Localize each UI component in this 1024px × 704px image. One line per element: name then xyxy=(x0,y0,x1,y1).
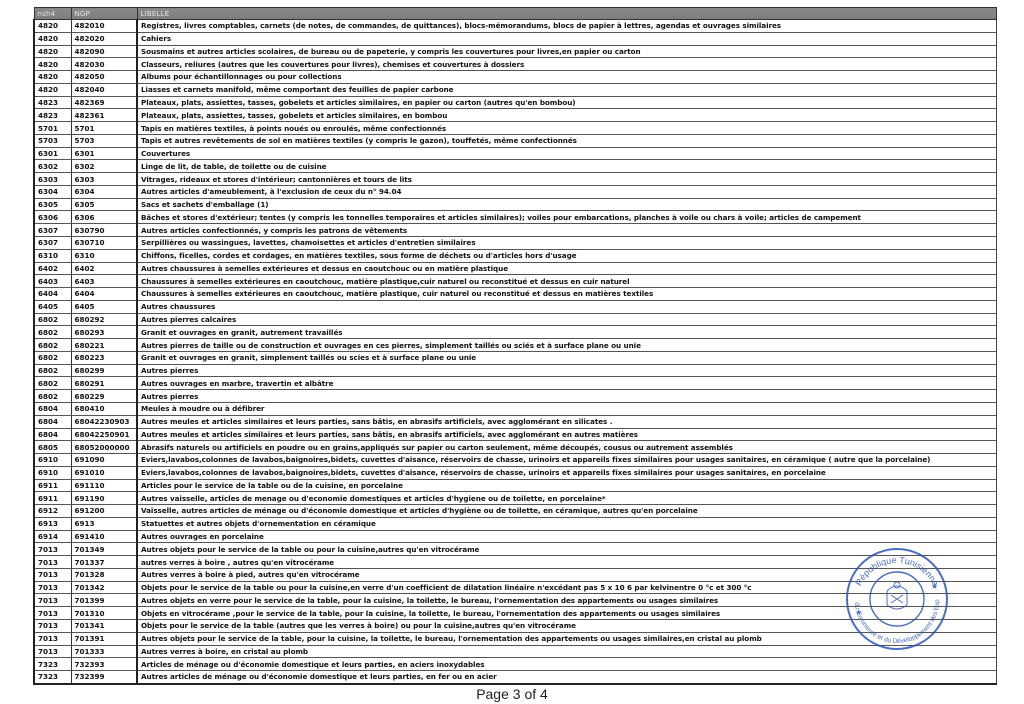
libelle-cell: Eviers,lavabos,colonnes de lavabos,baign… xyxy=(137,454,996,467)
libelle-cell: Meules à moudre ou à défibrer xyxy=(137,402,996,415)
ngp-cell: 6310 xyxy=(71,249,137,262)
libelle-cell: Plateaux, plats, assiettes, tasses, gobe… xyxy=(137,96,996,109)
table-row: 4820482050Albums pour échantillonnages o… xyxy=(34,71,996,84)
table-row: 63026302Linge de lit, de table, de toile… xyxy=(34,160,996,173)
ngp-cell: 6306 xyxy=(71,211,137,224)
libelle-cell: Vitrages, rideaux et stores d'intérieur;… xyxy=(137,173,996,186)
libelle-cell: Autres pierres xyxy=(137,390,996,403)
nsh4-cell: 4820 xyxy=(34,83,71,96)
table-row: 4820482010Registres, livres comptables, … xyxy=(34,20,996,33)
ngp-cell: 701349 xyxy=(71,543,137,556)
ngp-cell: 482369 xyxy=(71,96,137,109)
table-row: 7013701337autres verres à boire , autres… xyxy=(34,556,996,569)
ngp-cell: 732393 xyxy=(71,658,137,671)
libelle-cell: Autres ouvrages en porcelaine xyxy=(137,530,996,543)
nsh4-cell: 6301 xyxy=(34,147,71,160)
table-header-row: nsh4 NGP LIBELLE xyxy=(34,8,996,20)
nsh4-cell: 4820 xyxy=(34,20,71,33)
nsh4-cell: 4820 xyxy=(34,45,71,58)
ngp-cell: 680223 xyxy=(71,351,137,364)
column-header-ngp: NGP xyxy=(71,8,137,20)
libelle-cell: Abrasifs naturels ou artificiels en poud… xyxy=(137,441,996,454)
document-page: nsh4 NGP LIBELLE 4820482010Registres, li… xyxy=(33,7,995,685)
ngp-cell: 482030 xyxy=(71,58,137,71)
table-row: 6307630710Serpillières ou wassingues, la… xyxy=(34,237,996,250)
nsh4-cell: 6404 xyxy=(34,288,71,301)
ngp-cell: 6303 xyxy=(71,173,137,186)
table-row: 57035703Tapis et autres revêtements de s… xyxy=(34,134,996,147)
table-row: 69136913Statuettes et autres objets d'or… xyxy=(34,517,996,530)
ngp-cell: 6404 xyxy=(71,288,137,301)
table-row: 64026402Autres chaussures à semelles ext… xyxy=(34,262,996,275)
ngp-cell: 691110 xyxy=(71,479,137,492)
table-row: 7013701310Objets en vitrocérame ,pour le… xyxy=(34,607,996,620)
table-row: 63046304Autres articles d'ameublement, à… xyxy=(34,185,996,198)
libelle-cell: Plateaux, plats, assiettes, tasses, gobe… xyxy=(137,109,996,122)
libelle-cell: Autres ouvrages en marbre, travertin et … xyxy=(137,377,996,390)
table-row: 6911691110Articles pour le service de la… xyxy=(34,479,996,492)
ngp-cell: 680299 xyxy=(71,364,137,377)
nsh4-cell: 6802 xyxy=(34,339,71,352)
table-row: 4823482361Plateaux, plats, assiettes, ta… xyxy=(34,109,996,122)
nsh4-cell: 7013 xyxy=(34,619,71,632)
nsh4-cell: 6805 xyxy=(34,441,71,454)
libelle-cell: Linge de lit, de table, de toilette ou d… xyxy=(137,160,996,173)
nsh4-cell: 6405 xyxy=(34,300,71,313)
table-row: 4820482030Classeurs, reliures (autres qu… xyxy=(34,58,996,71)
ngp-cell: 482040 xyxy=(71,83,137,96)
libelle-cell: Articles pour le service de la table ou … xyxy=(137,479,996,492)
nsh4-cell: 6804 xyxy=(34,402,71,415)
table-row: 6802680292Autres pierres calcaires xyxy=(34,313,996,326)
nsh4-cell: 6911 xyxy=(34,492,71,505)
libelle-cell: Autres pierres de taille ou de construct… xyxy=(137,339,996,352)
ngp-cell: 680292 xyxy=(71,313,137,326)
libelle-cell: Objets pour le service de la table ou po… xyxy=(137,581,996,594)
ngp-cell: 701342 xyxy=(71,581,137,594)
libelle-cell: Objets en vitrocérame ,pour le service d… xyxy=(137,607,996,620)
ngp-cell: 701341 xyxy=(71,619,137,632)
ngp-cell: 630790 xyxy=(71,224,137,237)
libelle-cell: Statuettes et autres objets d'ornementat… xyxy=(137,517,996,530)
table-row: 63016301Couvertures xyxy=(34,147,996,160)
ngp-cell: 701328 xyxy=(71,568,137,581)
nsh4-cell: 6912 xyxy=(34,505,71,518)
nsh4-cell: 6306 xyxy=(34,211,71,224)
libelle-cell: Eviers,lavabos,colonnes de lavabos,baign… xyxy=(137,466,996,479)
ngp-cell: 5703 xyxy=(71,134,137,147)
libelle-cell: Autres chaussures à semelles extérieures… xyxy=(137,262,996,275)
ngp-cell: 6302 xyxy=(71,160,137,173)
nsh4-cell: 6804 xyxy=(34,428,71,441)
ngp-cell: 6301 xyxy=(71,147,137,160)
ngp-cell: 482050 xyxy=(71,71,137,84)
libelle-cell: Albums pour échantillonnages ou pour col… xyxy=(137,71,996,84)
table-row: 680568052000000 Abrasifs naturels ou art… xyxy=(34,441,996,454)
ngp-cell: 680229 xyxy=(71,390,137,403)
nsh4-cell: 7013 xyxy=(34,543,71,556)
table-row: 7013701391Autres objets pour le service … xyxy=(34,632,996,645)
libelle-cell: Serpillières ou wassingues, lavettes, ch… xyxy=(137,237,996,250)
table-row: 4823482369Plateaux, plats, assiettes, ta… xyxy=(34,96,996,109)
table-row: 6802680221Autres pierres de taille ou de… xyxy=(34,339,996,352)
nsh4-cell: 5701 xyxy=(34,122,71,135)
libelle-cell: Tapis en matières textiles, à points nou… xyxy=(137,122,996,135)
table-row: 4820482090Sousmains et autres articles s… xyxy=(34,45,996,58)
libelle-cell: Autres meules et articles similaires et … xyxy=(137,415,996,428)
table-row: 6802680293Granit et ouvrages en granit, … xyxy=(34,326,996,339)
nsh4-cell: 6302 xyxy=(34,160,71,173)
table-row: 6914691410Autres ouvrages en porcelaine xyxy=(34,530,996,543)
ngp-cell: 6403 xyxy=(71,275,137,288)
nsh4-cell: 6914 xyxy=(34,530,71,543)
ngp-cell: 701337 xyxy=(71,556,137,569)
nsh4-cell: 7323 xyxy=(34,671,71,684)
libelle-cell: Autres verres à boire à pied, autres qu'… xyxy=(137,568,996,581)
libelle-cell: Autres articles confectionnés, y compris… xyxy=(137,224,996,237)
ngp-cell: 701333 xyxy=(71,645,137,658)
nsh4-cell: 6913 xyxy=(34,517,71,530)
table-row: 7013701328Autres verres à boire à pied, … xyxy=(34,568,996,581)
nsh4-cell: 6910 xyxy=(34,454,71,467)
nsh4-cell: 6304 xyxy=(34,185,71,198)
nsh4-cell: 7323 xyxy=(34,658,71,671)
nsh4-cell: 7013 xyxy=(34,607,71,620)
column-header-libelle: LIBELLE xyxy=(137,8,996,20)
nsh4-cell: 6307 xyxy=(34,237,71,250)
libelle-cell: Autres vaisselle, articles de menage ou … xyxy=(137,492,996,505)
ngp-cell: 691410 xyxy=(71,530,137,543)
table-row: 7013701333Autres verres à boire, en cris… xyxy=(34,645,996,658)
nsh4-cell: 7013 xyxy=(34,581,71,594)
ngp-cell: 691090 xyxy=(71,454,137,467)
nsh4-cell: 6802 xyxy=(34,351,71,364)
libelle-cell: Objets pour le service de la table (autr… xyxy=(137,619,996,632)
table-row: 6911691190Autres vaisselle, articles de … xyxy=(34,492,996,505)
libelle-cell: Chaussures à semelles extérieures en cao… xyxy=(137,288,996,301)
libelle-cell: Classeurs, reliures (autres que les couv… xyxy=(137,58,996,71)
libelle-cell: Cahiers xyxy=(137,32,996,45)
ngp-cell: 691010 xyxy=(71,466,137,479)
ngp-cell: 701399 xyxy=(71,594,137,607)
nsh4-cell: 4820 xyxy=(34,58,71,71)
libelle-cell: Autres objets en verre pour le service d… xyxy=(137,594,996,607)
table-row: 6307630790Autres articles confectionnés,… xyxy=(34,224,996,237)
nsh4-cell: 6402 xyxy=(34,262,71,275)
libelle-cell: Autres verres à boire, en cristal au plo… xyxy=(137,645,996,658)
table-row: 7323732399Autres articles de ménage ou d… xyxy=(34,671,996,684)
nsh4-cell: 7013 xyxy=(34,556,71,569)
table-row: 63036303Vitrages, rideaux et stores d'in… xyxy=(34,173,996,186)
nsh4-cell: 6310 xyxy=(34,249,71,262)
tariff-code-table: nsh4 NGP LIBELLE 4820482010Registres, li… xyxy=(33,7,997,685)
table-row: 680468042230903 Autres meules et article… xyxy=(34,415,996,428)
nsh4-cell: 4823 xyxy=(34,109,71,122)
nsh4-cell: 6802 xyxy=(34,377,71,390)
table-row: 680468042250901 Autres meules et article… xyxy=(34,428,996,441)
nsh4-cell: 6802 xyxy=(34,390,71,403)
table-row: 6802680223Granit et ouvrages en granit, … xyxy=(34,351,996,364)
ngp-cell: 482090 xyxy=(71,45,137,58)
nsh4-cell: 7013 xyxy=(34,594,71,607)
nsh4-cell: 7013 xyxy=(34,645,71,658)
libelle-cell: Autres objets pour le service de la tabl… xyxy=(137,632,996,645)
table-row: 6802680299Autres pierres xyxy=(34,364,996,377)
libelle-cell: autres verres à boire , autres qu'en vit… xyxy=(137,556,996,569)
ngp-cell: 691190 xyxy=(71,492,137,505)
table-row: 4820482040Liasses et carnets manifold, m… xyxy=(34,83,996,96)
table-row: 64056405Autres chaussures xyxy=(34,300,996,313)
table-row: 6802680229Autres pierres xyxy=(34,390,996,403)
table-row: 64046404Chaussures à semelles extérieure… xyxy=(34,288,996,301)
table-row: 7013701342Objets pour le service de la t… xyxy=(34,581,996,594)
table-row: 6804680410Meules à moudre ou à défibrer xyxy=(34,402,996,415)
ngp-cell: 482010 xyxy=(71,20,137,33)
libelle-cell: Autres pierres calcaires xyxy=(137,313,996,326)
ngp-cell: 680293 xyxy=(71,326,137,339)
nsh4-cell: 6910 xyxy=(34,466,71,479)
column-header-nsh4: nsh4 xyxy=(34,8,71,20)
nsh4-cell: 4823 xyxy=(34,96,71,109)
ngp-cell: 6402 xyxy=(71,262,137,275)
ngp-cell: 5701 xyxy=(71,122,137,135)
libelle-cell: Autres pierres xyxy=(137,364,996,377)
libelle-cell: Granit et ouvrages en granit, autrement … xyxy=(137,326,996,339)
nsh4-cell: 6802 xyxy=(34,326,71,339)
libelle-cell: Autres objets pour le service de la tabl… xyxy=(137,543,996,556)
table-row: 6802680291Autres ouvrages en marbre, tra… xyxy=(34,377,996,390)
nsh4-cell: 7013 xyxy=(34,632,71,645)
nsh4-cell: 6305 xyxy=(34,198,71,211)
nsh4-cell: 4820 xyxy=(34,32,71,45)
libelle-cell: Granit et ouvrages en granit, simplement… xyxy=(137,351,996,364)
libelle-cell: Registres, livres comptables, carnets (d… xyxy=(137,20,996,33)
page-number: Page 3 of 4 xyxy=(0,686,1024,702)
libelle-cell: Articles de ménage ou d'économie domesti… xyxy=(137,658,996,671)
libelle-cell: Couvertures xyxy=(137,147,996,160)
table-row: 7013701349Autres objets pour le service … xyxy=(34,543,996,556)
nsh4-cell: 6403 xyxy=(34,275,71,288)
nsh4-cell: 5703 xyxy=(34,134,71,147)
table-row: 64036403Chaussures à semelles extérieure… xyxy=(34,275,996,288)
table-row: 7013701341Objets pour le service de la t… xyxy=(34,619,996,632)
ngp-cell: 680291 xyxy=(71,377,137,390)
libelle-cell: Sousmains et autres articles scolaires, … xyxy=(137,45,996,58)
nsh4-cell: 6802 xyxy=(34,313,71,326)
nsh4-cell: 6303 xyxy=(34,173,71,186)
libelle-cell: Autres chaussures xyxy=(137,300,996,313)
libelle-cell: Chaussures à semelles extérieures en cao… xyxy=(137,275,996,288)
libelle-cell: Liasses et carnets manifold, même compor… xyxy=(137,83,996,96)
libelle-cell: Chiffons, ficelles, cordes et cordages, … xyxy=(137,249,996,262)
table-row: 63056305Sacs et sachets d'emballage (1) xyxy=(34,198,996,211)
libelle-cell: Tapis et autres revêtements de sol en ma… xyxy=(137,134,996,147)
ngp-cell: 68052000000 xyxy=(71,441,137,454)
ngp-cell: 6913 xyxy=(71,517,137,530)
libelle-cell: Autres meules et articles similaires et … xyxy=(137,428,996,441)
ngp-cell: 482361 xyxy=(71,109,137,122)
nsh4-cell: 6307 xyxy=(34,224,71,237)
nsh4-cell: 6911 xyxy=(34,479,71,492)
table-row: 57015701Tapis en matières textiles, à po… xyxy=(34,122,996,135)
table-row: 7013701399Autres objets en verre pour le… xyxy=(34,594,996,607)
ngp-cell: 482020 xyxy=(71,32,137,45)
ngp-cell: 701310 xyxy=(71,607,137,620)
table-row: 6910691090Eviers,lavabos,colonnes de lav… xyxy=(34,454,996,467)
table-row: 6912691200Vaisselle, autres articles de … xyxy=(34,505,996,518)
libelle-cell: Bâches et stores d'extérieur; tentes (y … xyxy=(137,211,996,224)
nsh4-cell: 7013 xyxy=(34,568,71,581)
table-row: 63066306Bâches et stores d'extérieur; te… xyxy=(34,211,996,224)
libelle-cell: Sacs et sachets d'emballage (1) xyxy=(137,198,996,211)
table-body: 4820482010Registres, livres comptables, … xyxy=(34,20,996,684)
ngp-cell: 680221 xyxy=(71,339,137,352)
nsh4-cell: 6804 xyxy=(34,415,71,428)
libelle-cell: Autres articles d'ameublement, à l'exclu… xyxy=(137,185,996,198)
libelle-cell: Vaisselle, autres articles de ménage ou … xyxy=(137,505,996,518)
ngp-cell: 691200 xyxy=(71,505,137,518)
libelle-cell: Autres articles de ménage ou d'économie … xyxy=(137,671,996,684)
ngp-cell: 701391 xyxy=(71,632,137,645)
nsh4-cell: 4820 xyxy=(34,71,71,84)
table-row: 4820482020Cahiers xyxy=(34,32,996,45)
ngp-cell: 732399 xyxy=(71,671,137,684)
nsh4-cell: 6802 xyxy=(34,364,71,377)
ngp-cell: 630710 xyxy=(71,237,137,250)
table-row: 63106310Chiffons, ficelles, cordes et co… xyxy=(34,249,996,262)
ngp-cell: 6405 xyxy=(71,300,137,313)
ngp-cell: 68042250901 xyxy=(71,428,137,441)
table-row: 7323732393Articles de ménage ou d'économ… xyxy=(34,658,996,671)
ngp-cell: 680410 xyxy=(71,402,137,415)
ngp-cell: 6305 xyxy=(71,198,137,211)
table-row: 6910691010Eviers,lavabos,colonnes de lav… xyxy=(34,466,996,479)
ngp-cell: 6304 xyxy=(71,185,137,198)
ngp-cell: 68042230903 xyxy=(71,415,137,428)
